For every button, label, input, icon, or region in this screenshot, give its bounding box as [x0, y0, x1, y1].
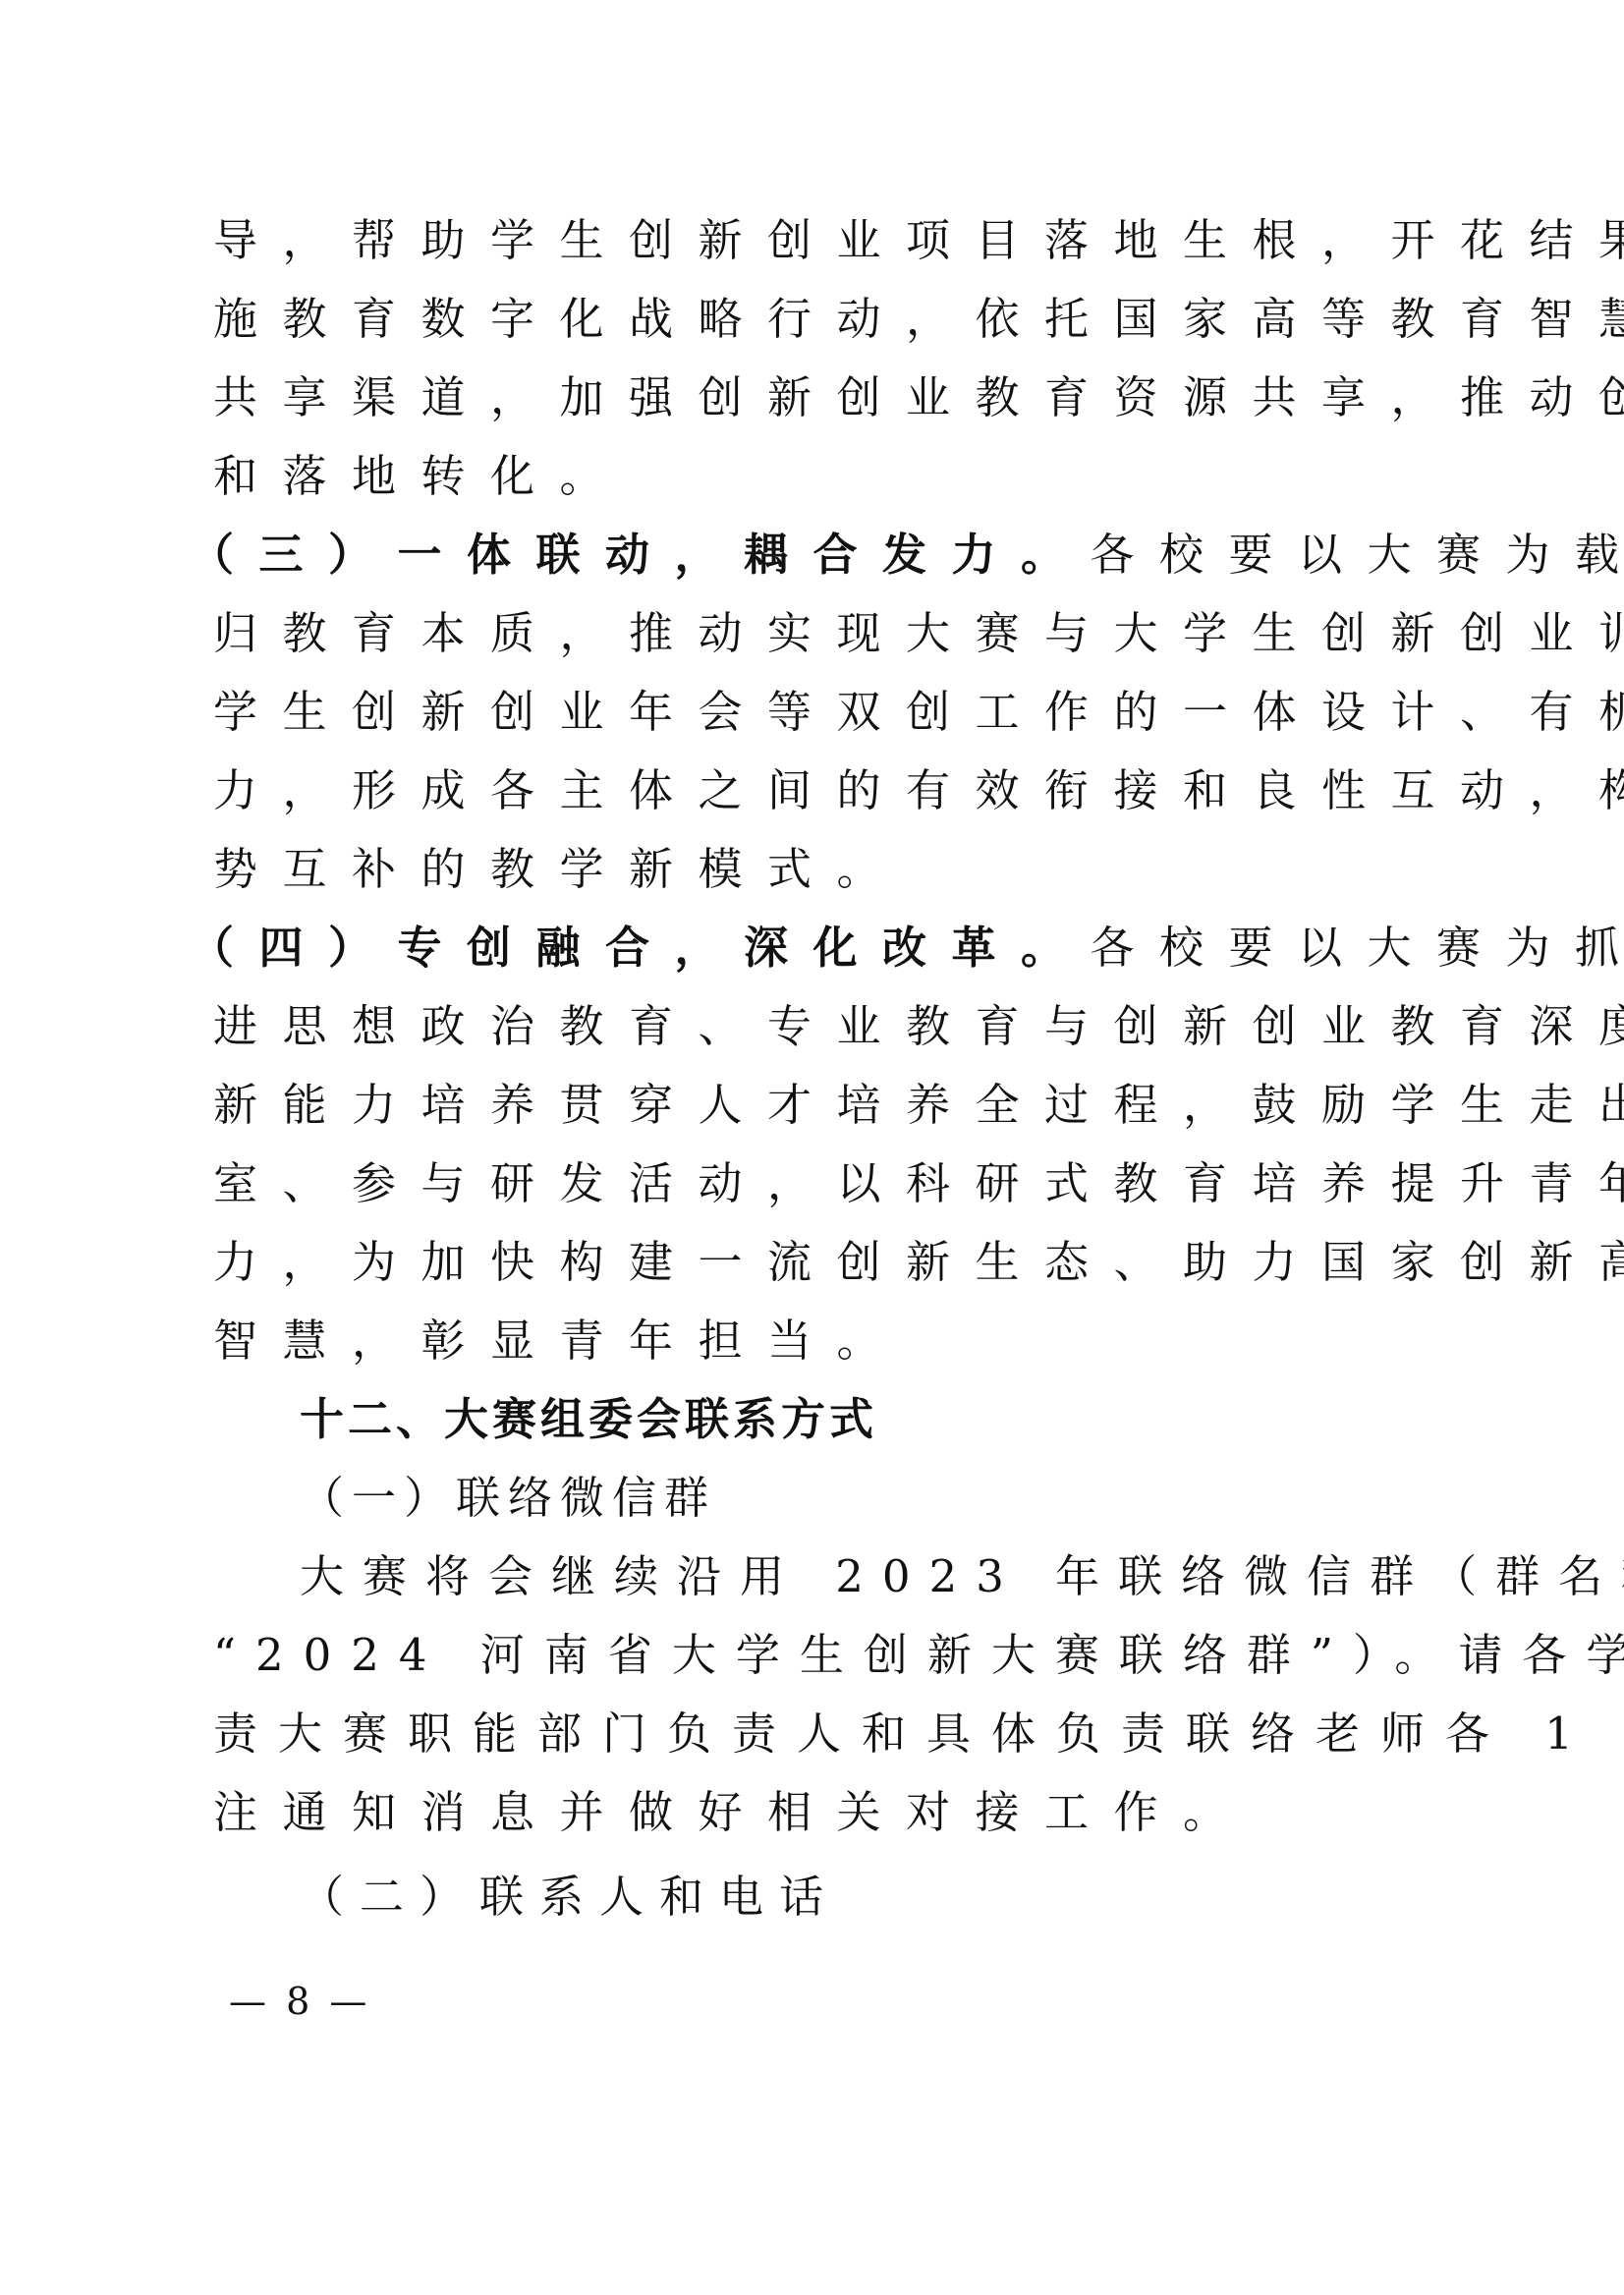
paragraph-4-line1-rest: 各校要以大赛为抓手，积极推 — [1091, 922, 1624, 974]
document-body: 导，帮助学生创新创业项目落地生根，开花结果。同时要深入实 施教育数字化战略行动，… — [213, 201, 1422, 1936]
text-line: 室、参与研发活动，以科研式教育培养提升青年学生创新实践能 — [213, 1145, 1422, 1223]
text-line: 智慧，彰显青年担当。 — [213, 1302, 1422, 1380]
text-line: 力，为加快构建一流创新生态、助力国家创新高地建设贡献青春 — [213, 1223, 1422, 1302]
paragraph-4-first-line: （四）专创融合，深化改革。各校要以大赛为抓手，积极推 — [190, 909, 1422, 987]
text-line: “2024 河南省大学生创新大赛联络群”）。请各学校确保本校负 — [213, 1616, 1422, 1695]
text-line: 新能力培养贯穿人才培养全过程，鼓励学生走出教室、走进实验 — [213, 1066, 1422, 1145]
text-line: 大赛将会继续沿用 2023 年联络微信群（群名称已更改为 — [213, 1538, 1422, 1616]
section-12-sub2-heading: （二）联系人和电话 — [213, 1858, 1422, 1936]
text-line: 进思想政治教育、专业教育与创新创业教育深度融合，将科研创 — [213, 987, 1422, 1066]
text-line: 和落地转化。 — [213, 437, 1422, 516]
section-12-sub1-heading: （一）联络微信群 — [213, 1459, 1422, 1538]
text-line: 势互补的教学新模式。 — [213, 830, 1422, 909]
text-line: 共享渠道，加强创新创业教育资源共享，推动创新创业项目对接 — [213, 359, 1422, 437]
text-line: 责大赛职能部门负责人和具体负责联络老师各 1 人在群，及时关 — [213, 1695, 1422, 1773]
text-line: 学生创新创业年会等双创工作的一体设计、有机耦合、协同发 — [213, 673, 1422, 752]
paragraph-3-first-line: （三）一体联动，耦合发力。各校要以大赛为载体，立足回 — [190, 516, 1422, 594]
text-line: 施教育数字化战略行动，依托国家高等教育智慧教育平台等开放 — [213, 280, 1422, 359]
section-12-heading: 十二、大赛组委会联系方式 — [213, 1380, 1422, 1459]
document-page: 导，帮助学生创新创业项目落地生根，开花结果。同时要深入实 施教育数字化战略行动，… — [0, 0, 1624, 2295]
paragraph-3-line1-rest: 各校要以大赛为载体，立足回 — [1091, 529, 1624, 581]
page-number: — 8 — — [229, 1980, 370, 2023]
paragraph-4-lead: （四）专创融合，深化改革。 — [190, 922, 1091, 974]
text-line: 注通知消息并做好相关对接工作。 — [213, 1773, 1422, 1852]
text-line: 归教育本质，推动实现大赛与大学生创新创业训练计划、全国大 — [213, 594, 1422, 673]
text-line: 力，形成各主体之间的有效衔接和良性互动，构建层级多样、优 — [213, 752, 1422, 830]
paragraph-3-lead: （三）一体联动，耦合发力。 — [190, 529, 1091, 581]
text-line: 导，帮助学生创新创业项目落地生根，开花结果。同时要深入实 — [213, 201, 1422, 280]
